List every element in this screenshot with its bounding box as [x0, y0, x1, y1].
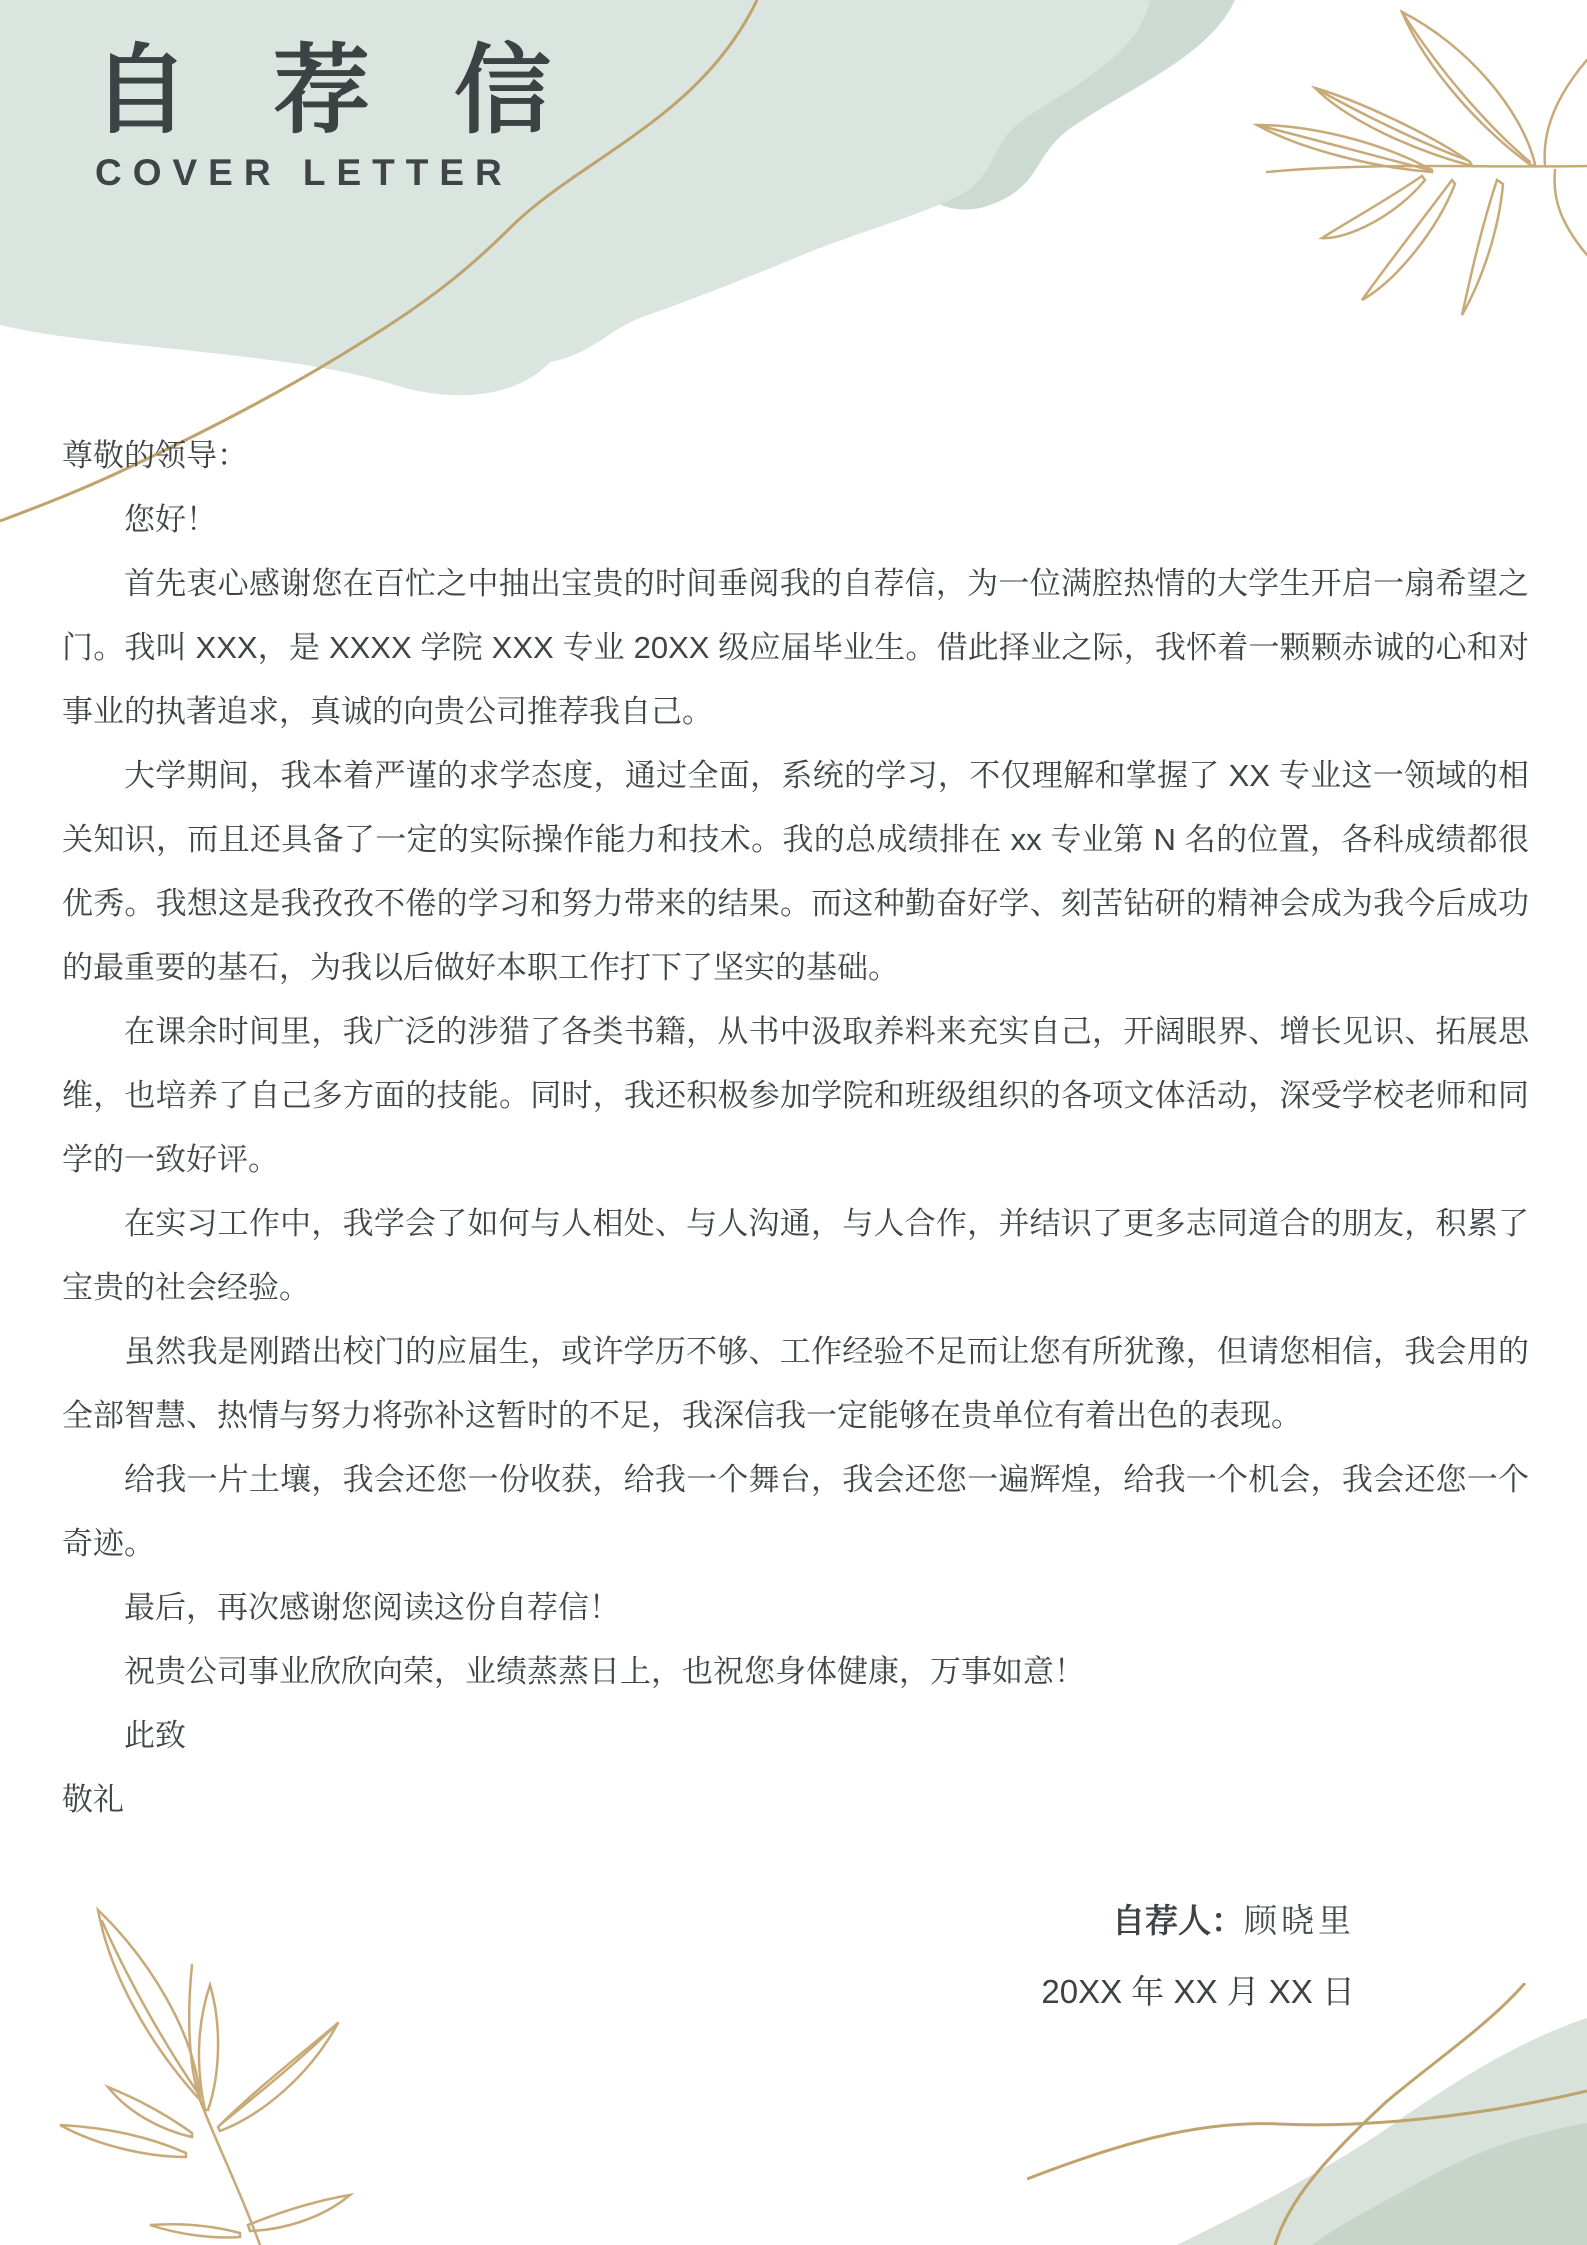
salutation: 尊敬的领导： — [62, 424, 1529, 488]
paragraph-4: 在实习工作中，我学会了如何与人相处、与人沟通，与人合作，并结识了更多志同道合的朋… — [62, 1192, 1529, 1320]
letter-body: 尊敬的领导： 您好！ 首先衷心感谢您在百忙之中抽出宝贵的时间垂阅我的自荐信，为一… — [62, 424, 1529, 1832]
signature-block: 自荐人：顾晓里 20XX 年 XX 月 XX 日 — [1041, 1886, 1355, 2027]
page-subtitle: COVER LETTER — [95, 152, 513, 194]
paragraph-5: 虽然我是刚踏出校门的应届生，或许学历不够、工作经验不足而让您有所犹豫，但请您相信… — [62, 1320, 1529, 1448]
signature-line: 自荐人：顾晓里 — [1041, 1886, 1355, 1957]
cover-letter-page: 自荐信 COVER LETTER 尊敬的领导： 您好！ 首先衷心感谢您在百忙之中… — [0, 0, 1587, 2245]
closing-wish: 祝贵公司事业欣欣向荣，业绩蒸蒸日上，也祝您身体健康，万事如意！ — [62, 1640, 1529, 1704]
closing-thanks: 最后，再次感谢您阅读这份自荐信！ — [62, 1576, 1529, 1640]
greeting: 您好！ — [62, 488, 1529, 552]
paragraph-3: 在课余时间里，我广泛的涉猎了各类书籍，从书中汲取养料来充实自己，开阔眼界、增长见… — [62, 1000, 1529, 1192]
signature-name: 顾晓里 — [1244, 1904, 1355, 1940]
signature-label: 自荐人： — [1112, 1902, 1244, 1939]
page-title: 自荐信 — [92, 38, 635, 145]
leaf-branch-bottom-left-icon — [0, 1895, 400, 2245]
paragraph-6: 给我一片土壤，我会还您一份收获，给我一个舞台，我会还您一遍辉煌，给我一个机会，我… — [62, 1448, 1529, 1576]
paragraph-2: 大学期间，我本着严谨的求学态度，通过全面，系统的学习，不仅理解和掌握了 XX 专… — [62, 744, 1529, 1000]
leaf-branch-top-right-icon — [1227, 0, 1587, 330]
signature-date: 20XX 年 XX 月 XX 日 — [1041, 1957, 1355, 2027]
closing-cizhi: 此致 — [62, 1704, 1529, 1768]
closing-salute: 敬礼 — [62, 1768, 1529, 1832]
paragraph-1: 首先衷心感谢您在百忙之中抽出宝贵的时间垂阅我的自荐信，为一位满腔热情的大学生开启… — [62, 552, 1529, 744]
